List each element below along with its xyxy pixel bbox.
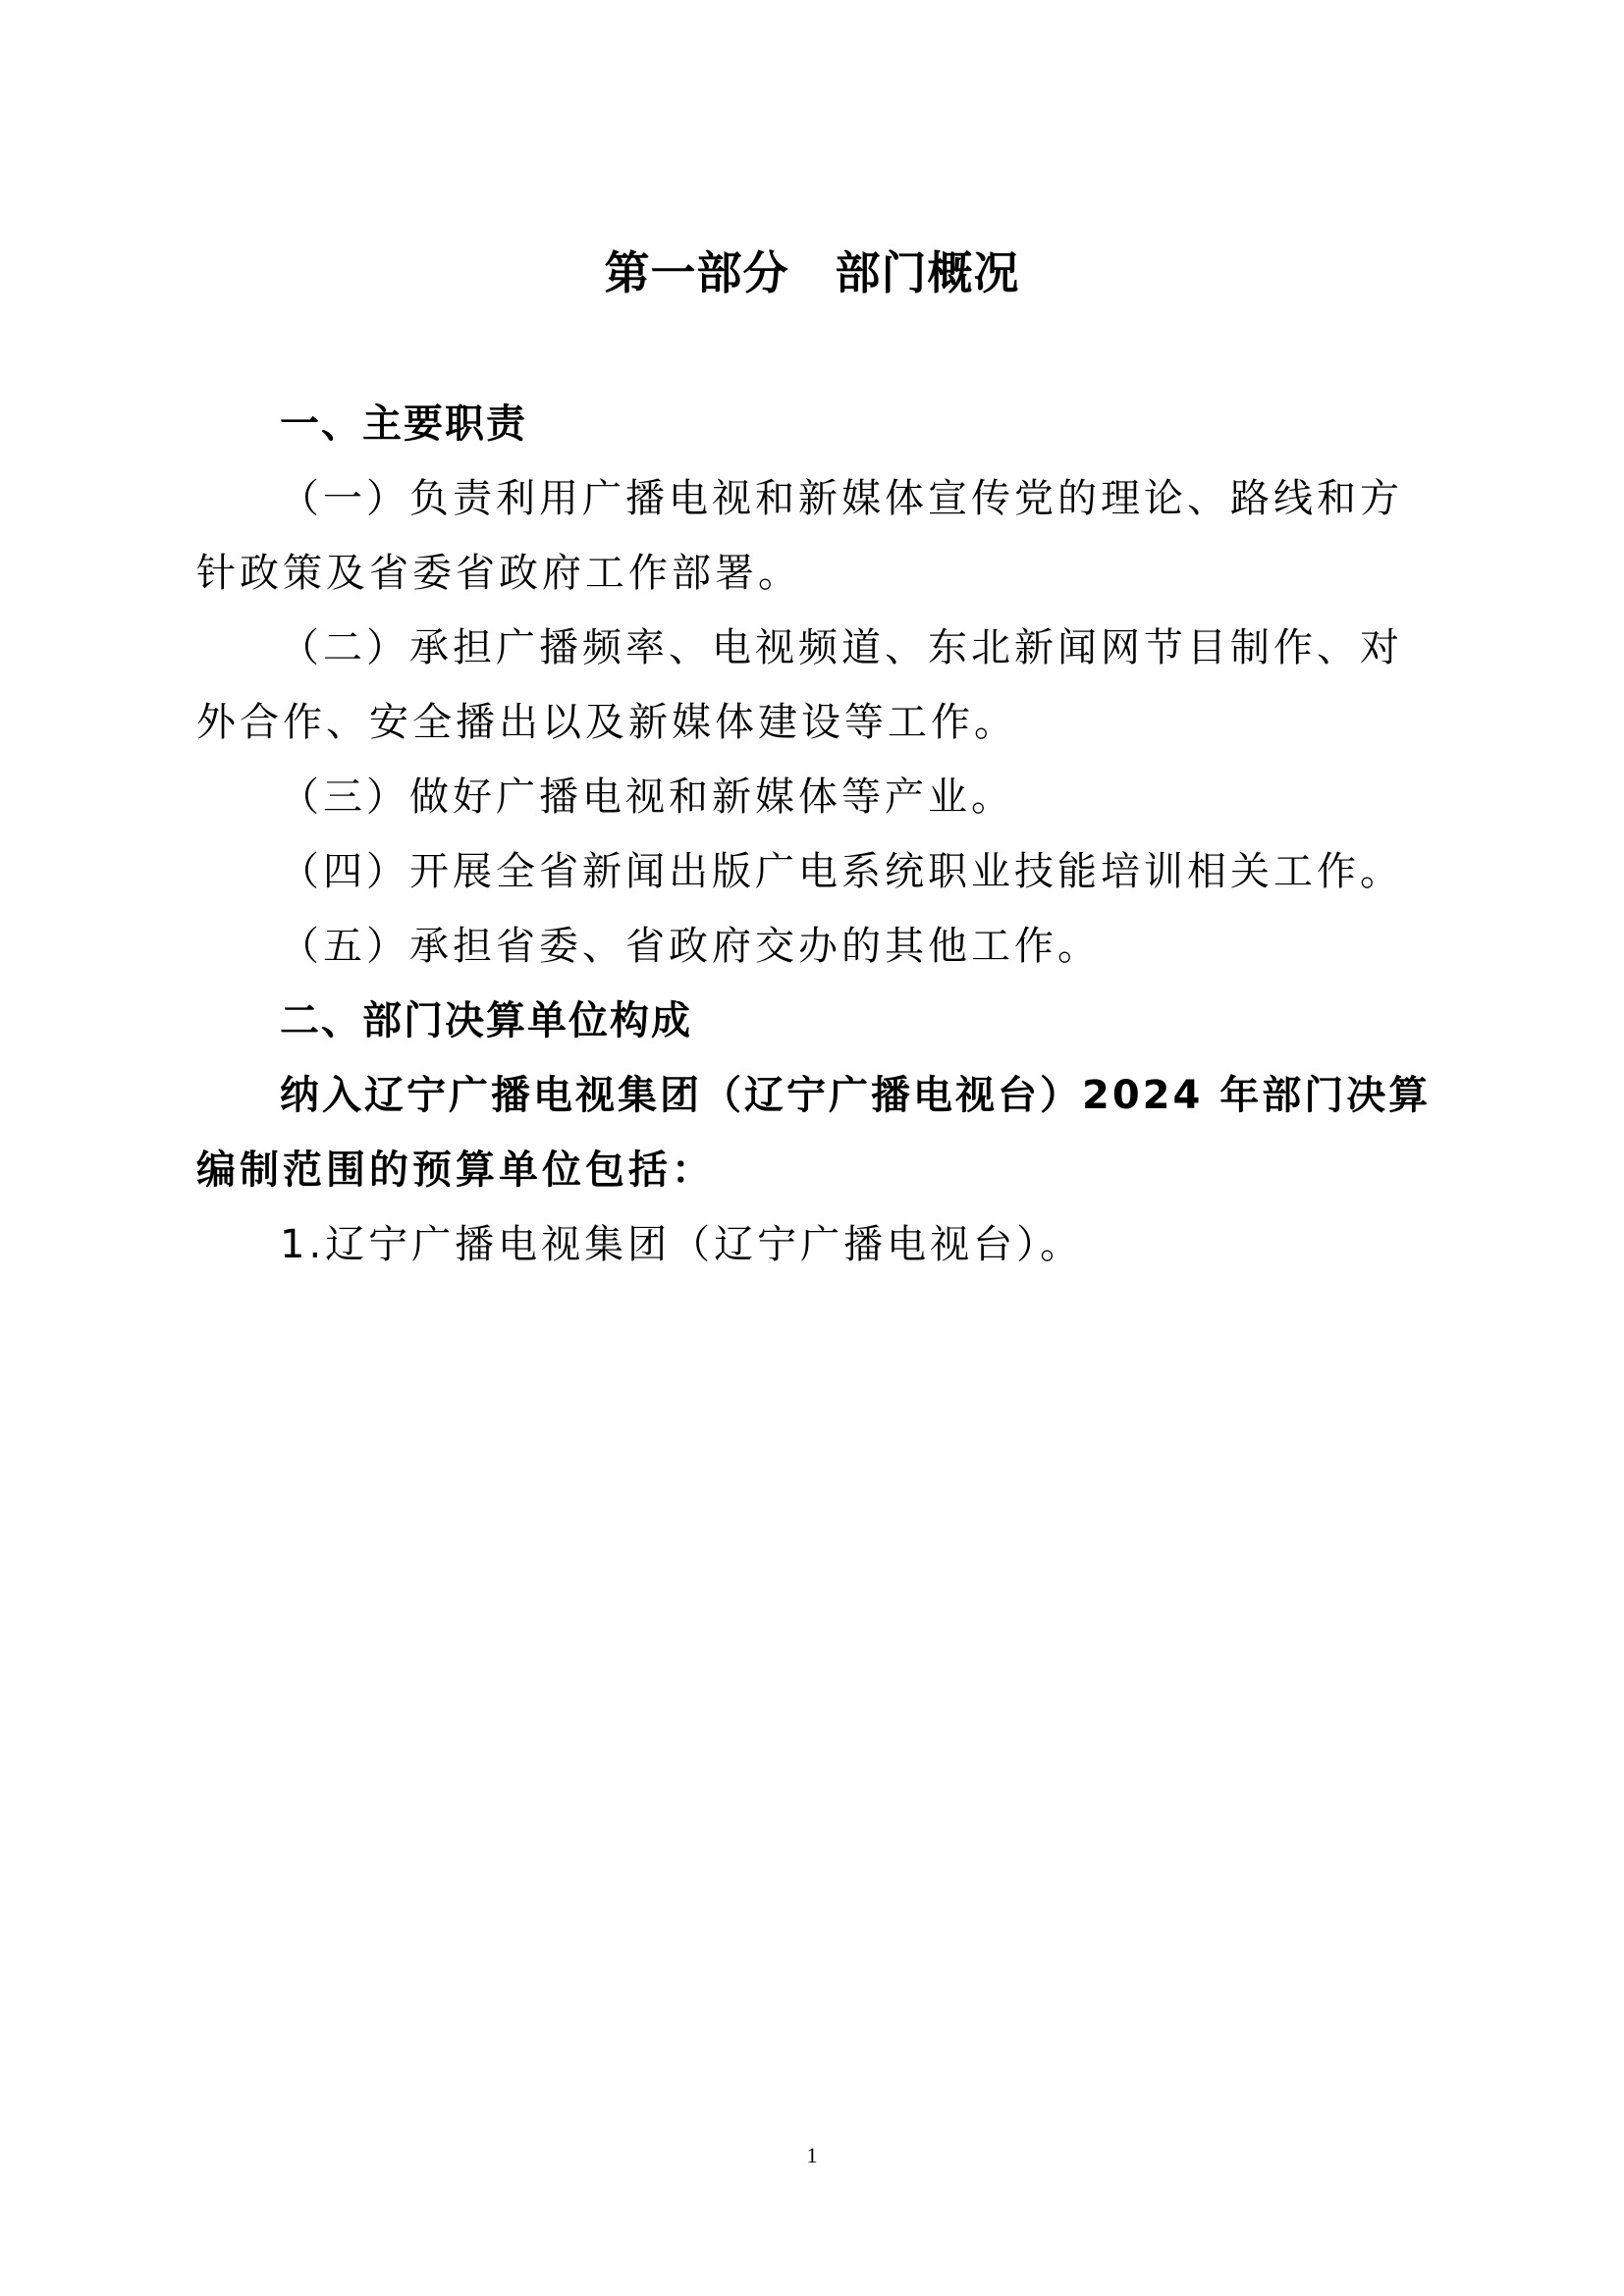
section-heading-unit-composition: 二、部门决算单位构成	[280, 993, 1517, 1048]
duty-item-1-line-1: （一）负责利用广播电视和新媒体宣传党的理论、路线和方	[280, 471, 1517, 526]
duty-item-1-line-2: 针政策及省委省政府工作部署。	[196, 546, 1434, 601]
page-number: 1	[0, 2143, 1624, 2168]
duty-item-2-line-1: （二）承担广播频率、电视频道、东北新闻网节目制作、对	[280, 620, 1517, 675]
document-page: 第一部分 部门概况 一、主要职责 （一）负责利用广播电视和新媒体宣传党的理论、路…	[0, 0, 1624, 2296]
unit-intro-line-1: 纳入辽宁广播电视集团（辽宁广播电视台）2024 年部门决算	[280, 1068, 1517, 1123]
section-heading-main-duties: 一、主要职责	[280, 397, 1517, 452]
duty-item-5: （五）承担省委、省政府交办的其他工作。	[280, 919, 1517, 974]
unit-intro-line-2: 编制范围的预算单位包括：	[196, 1143, 1434, 1198]
duty-item-3: （三）做好广播电视和新媒体等产业。	[280, 770, 1517, 825]
duty-item-4: （四）开展全省新闻出版广电系统职业技能培训相关工作。	[280, 844, 1517, 899]
duty-item-2-line-2: 外合作、安全播出以及新媒体建设等工作。	[196, 695, 1434, 750]
unit-list-item-1: 1.辽宁广播电视集团（辽宁广播电视台）。	[280, 1217, 1517, 1272]
page-title: 第一部分 部门概况	[0, 243, 1624, 302]
